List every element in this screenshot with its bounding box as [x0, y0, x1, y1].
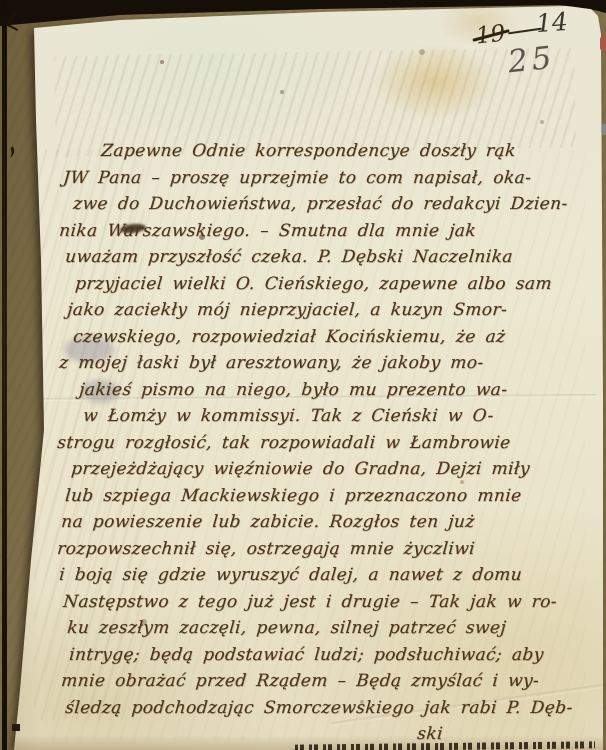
archival-number-ink: 14: [535, 7, 569, 38]
letter-line: nika Warszawskiego. – Smutna dla mnie ja…: [56, 218, 592, 245]
letter-line: ku zeszłym zaczęli, pewna, silnej patrze…: [56, 615, 592, 642]
letter-line: zwe do Duchowieństwa, przesłać do redakc…: [56, 191, 592, 218]
letter-line: rozpowszechnił się, ostrzegają mnie życz…: [56, 536, 592, 563]
dark-speck: [12, 724, 20, 731]
letter-line: Następstwo z tego już jest i drugie – Ta…: [56, 589, 592, 616]
letter-line: przejeżdżający więźniowie do Gradna, Dej…: [56, 456, 592, 483]
letter-line: czewskiego, rozpowiedział Kocińskiemu, ż…: [56, 324, 592, 351]
letter-line: intrygę; będą podstawiać ludzi; podsłuch…: [56, 642, 592, 669]
letter-line: jako zaciekły mój nieprzyjaciel, a kuzyn…: [56, 297, 592, 324]
manuscript-scan-page: 19 14 25 Zapewne Odnie korrespondencye d…: [0, 0, 606, 750]
letter-line: Zapewne Odnie korrespondencye doszły rąk: [56, 138, 592, 165]
letter-body: Zapewne Odnie korrespondencye doszły rąk…: [56, 138, 590, 748]
letter-sheet-wrap: 19 14 25 Zapewne Odnie korrespondencye d…: [0, 0, 606, 750]
letter-line: śledzą podchodzając Smorczewskiego jak r…: [56, 695, 592, 722]
letter-line: uważam przyszłość czeka. P. Dębski Nacze…: [56, 244, 592, 271]
red-edge-spot: [600, 36, 606, 51]
letter-line: jakieś pismo na niego, było mu prezento …: [56, 377, 592, 404]
archival-number-crossed-out: 19: [475, 21, 507, 50]
letter-line: i boją się gdzie wyruszyć dalej, a nawet…: [56, 562, 592, 589]
letter-line: lub szpiega Mackiewskiego i przeznaczono…: [56, 483, 592, 510]
paper-flecks: [160, 60, 164, 64]
blue-edge-spot: [601, 124, 606, 135]
letter-line: strogu rozgłosić, tak rozpowiadali w Łam…: [56, 430, 592, 457]
letter-line: JW Pana – proszę uprzejmie to com napisa…: [56, 165, 592, 192]
letter-line: na powieszenie lub zabicie. Rozgłos ten …: [56, 509, 592, 536]
letter-line: przyjaciel wielki O. Cieńskiego, zapewne…: [56, 271, 592, 298]
letter-line: z mojej łaski był aresztowany, że jakoby…: [56, 350, 592, 377]
letter-sheet: 19 14 25 Zapewne Odnie korrespondencye d…: [0, 0, 606, 750]
letter-line: mnie obrażać przed Rządem – Będą zmyślać…: [56, 668, 592, 695]
album-left-edge: [2, 0, 7, 750]
letter-line: w Łomży w kommissyi. Tak z Cieński w O-: [56, 403, 592, 430]
archival-number-pencil: 25: [506, 40, 557, 81]
